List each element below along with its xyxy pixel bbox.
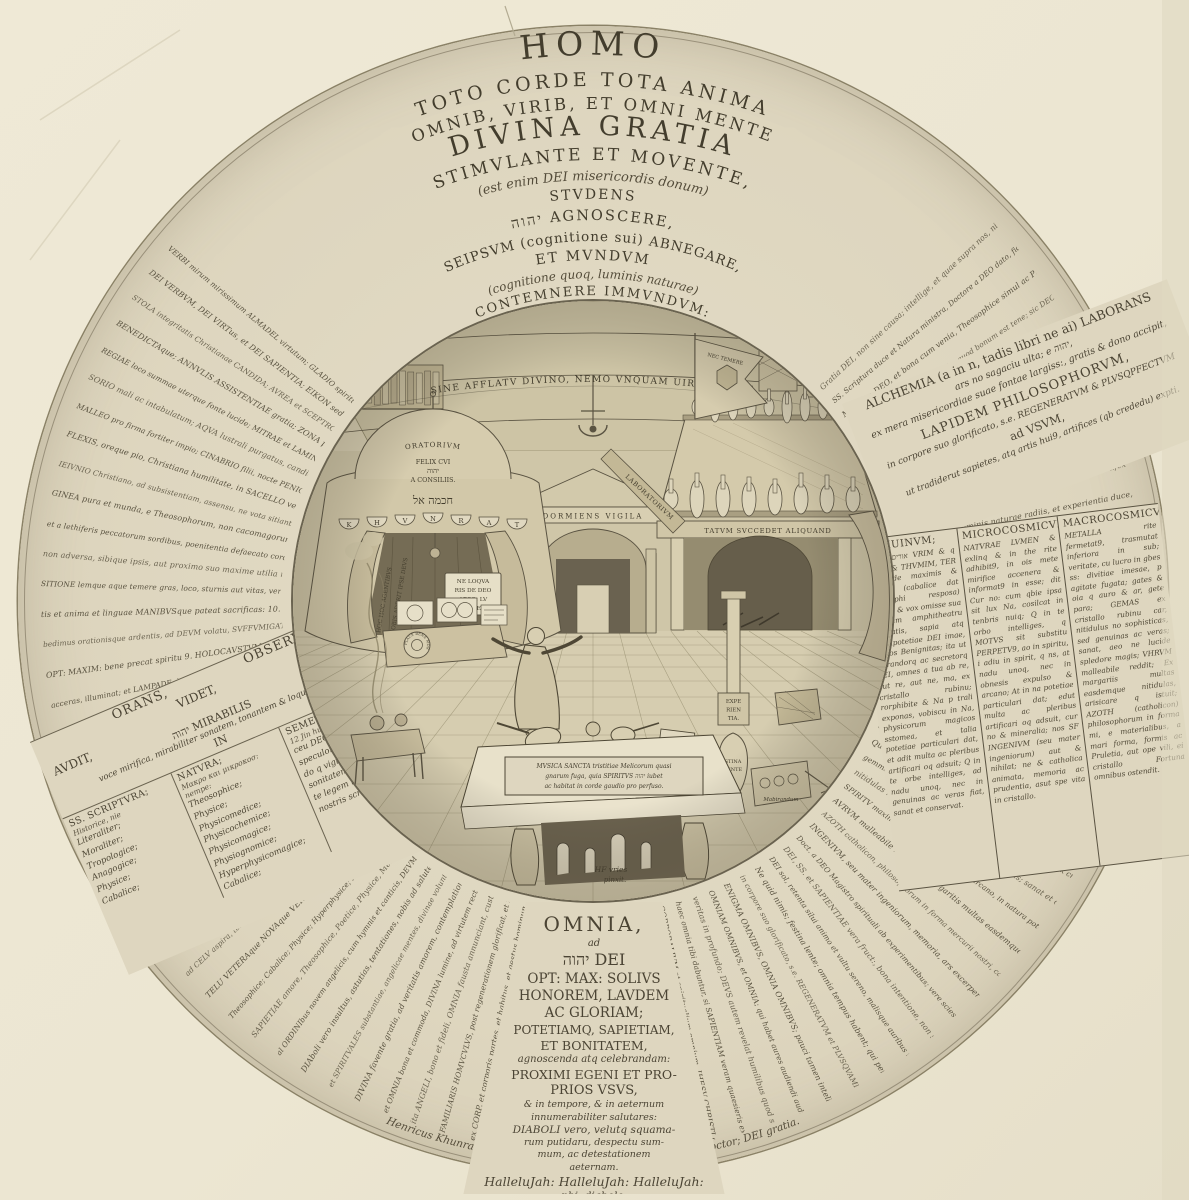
omnia-line: mum, ac detestationem <box>458 1149 730 1161</box>
omnia-line: HalleluJah: HalleluJah: HalleluJah: <box>458 1174 730 1190</box>
laboratory-oratory-engraving: SINE AFFLATV DIVINO, NEMO VNQUAM UIR MAG… <box>293 301 893 901</box>
omnia-line: PRIOS VSVS, <box>458 1083 730 1100</box>
vignette <box>293 301 893 901</box>
cosmic-table: DIUINVM;Est n. אורים VRIM & q sedete & T… <box>856 503 1189 891</box>
scanned-engraving-page: { "palette":{"paper":"#ece6d2","plate":"… <box>0 0 1189 1200</box>
omnia-line: DIABOLI vero, velutq squama- <box>458 1124 730 1137</box>
omnia-line: ET BONITATEM, <box>458 1038 730 1054</box>
omnia-line: agnoscenda atq celebrandam: <box>458 1054 730 1067</box>
title-line: ET MVNDVM <box>534 248 651 269</box>
omnia-line: rum putidaru, despectu sum- <box>458 1137 730 1149</box>
title-line: HOMO <box>518 24 668 68</box>
title-line: STVDENS <box>549 187 637 205</box>
omnia-line: innumerabiliter salutares: <box>458 1112 730 1124</box>
title-block: HOMOTOTO CORDE TOTA ANIMAOMNIB, VIRIB, E… <box>409 24 778 322</box>
title-line: יהוה AGNOSCERE, <box>510 208 677 233</box>
omnia-line: & in tempore, & in aeternum <box>458 1099 730 1111</box>
central-scene: SINE AFFLATV DIVINO, NEMO VNQUAM UIR MAG… <box>293 301 893 901</box>
omnia-line: PROXIMI EGENI ET PRO- <box>458 1067 730 1083</box>
omnia-line: aeternam. <box>458 1162 730 1174</box>
